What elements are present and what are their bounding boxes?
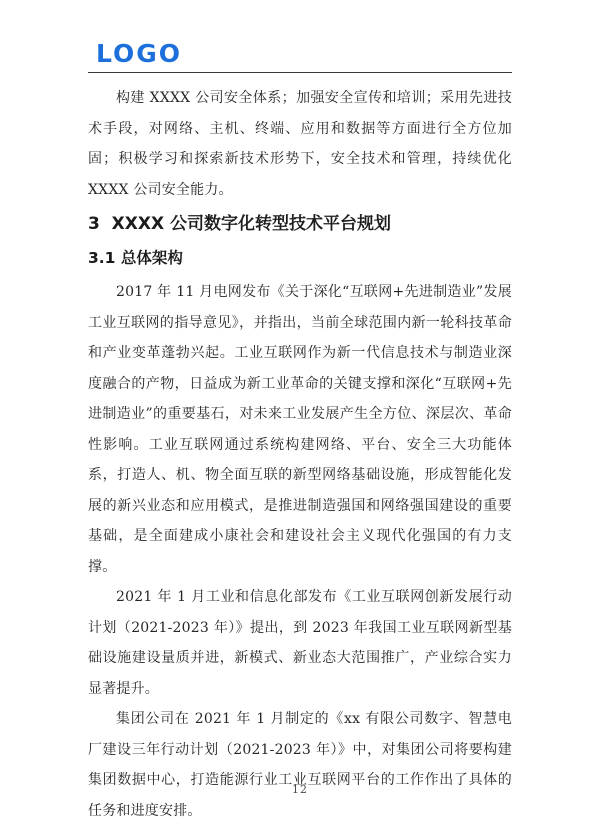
- paragraph-industrial-internet: 2017 年 11 月电网发布《关于深化“互联网+先进制造业”发展工业互联网的指…: [88, 277, 512, 582]
- page-number: 12: [292, 783, 308, 796]
- company-logo: LOGO: [96, 40, 512, 68]
- section-heading: 3 XXXX 公司数字化转型技术平台规划: [88, 212, 512, 237]
- paragraph-group-company-plan: 集团公司在 2021 年 1 月制定的《xx 有限公司数字、智慧电厂建设三年行动…: [88, 704, 512, 826]
- subsection-heading: 3.1 总体架构: [88, 246, 512, 270]
- header-divider: [88, 72, 512, 73]
- page-header: LOGO: [88, 0, 512, 73]
- paragraph-action-plan-2021: 2021 年 1 月工业和信息化部发布《工业互联网创新发展行动计划（2021-2…: [88, 582, 512, 704]
- paragraph-security-summary: 构建 XXXX 公司安全体系；加强安全宣传和培训；采用先进技术手段，对网络、主机…: [88, 83, 512, 205]
- document-page: LOGO 构建 XXXX 公司安全体系；加强安全宣传和培训；采用先进技术手段，对…: [0, 0, 600, 829]
- page-footer: 12: [0, 783, 600, 796]
- document-body: 构建 XXXX 公司安全体系；加强安全宣传和培训；采用先进技术手段，对网络、主机…: [88, 76, 512, 826]
